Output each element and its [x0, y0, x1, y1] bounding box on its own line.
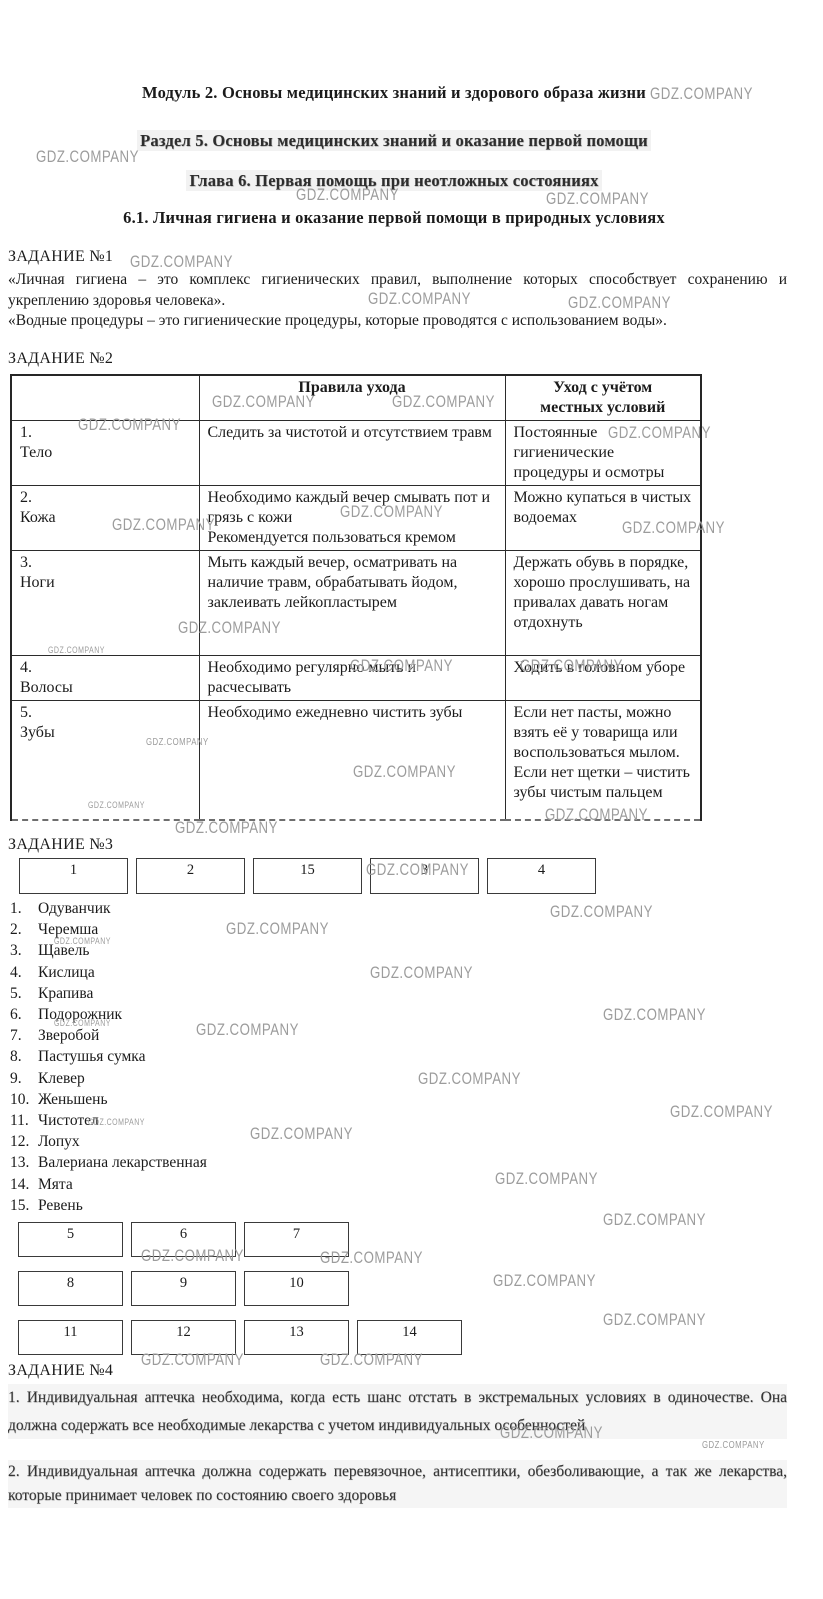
plant-name: Кислица [38, 962, 95, 983]
plant-name: Мята [38, 1174, 73, 1195]
plant-number: 9. [10, 1068, 38, 1089]
plant-list-item: 15.Ревень [10, 1195, 430, 1216]
gdz-watermark: GDZ.COMPANY [603, 1311, 706, 1328]
plant-number: 7. [10, 1025, 38, 1046]
answer-box: 8 [18, 1271, 123, 1306]
plant-list-item: 10.Женьшень [10, 1089, 430, 1110]
local-care-cell: Постоянные гигиенические процедуры и осм… [505, 421, 701, 486]
task2-title: ЗАДАНИЕ №2 [8, 350, 113, 368]
answer-boxes-top-row: 121534 [19, 858, 596, 894]
plant-number: 13. [10, 1152, 38, 1173]
section-heading-text: Раздел 5. Основы медицинских знаний и ок… [137, 130, 651, 151]
plant-number: 15. [10, 1195, 38, 1216]
plant-name: Щавель [38, 940, 89, 961]
local-care-cell: Ходить в головном уборе [505, 656, 701, 701]
table-header-cell: Правила ухода [199, 375, 505, 421]
answer-box: 13 [244, 1320, 349, 1355]
task4-item-1: 1. Индивидуальная аптечка необходима, ко… [8, 1384, 787, 1439]
care-rules-cell: Следить за чистотой и отсутствием травм [199, 421, 505, 486]
plant-number: 4. [10, 962, 38, 983]
plant-name: Валериана лекарственная [38, 1152, 207, 1173]
answer-box-row: 567 [18, 1222, 462, 1257]
gdz-watermark: GDZ.COMPANY [495, 1170, 598, 1187]
gdz-watermark: GDZ.COMPANY [130, 253, 233, 270]
plant-name: Зверобой [38, 1025, 99, 1046]
answer-box: 10 [244, 1271, 349, 1306]
plant-name: Ревень [38, 1195, 83, 1216]
local-care-cell: Можно купаться в чистых водоемах [505, 486, 701, 551]
plant-number: 2. [10, 919, 38, 940]
plant-list-item: 11.Чистотел [10, 1110, 430, 1131]
plant-list-item: 8.Пастушья сумка [10, 1046, 430, 1067]
chapter-heading-text: Глава 6. Первая помощь при неотложных со… [186, 170, 601, 191]
answer-box: 5 [18, 1222, 123, 1257]
gdz-watermark: GDZ.COMPANY [702, 1441, 765, 1451]
plant-name: Женьшень [38, 1089, 108, 1110]
plant-list-item: 7.Зверобой [10, 1025, 430, 1046]
answer-box: 3 [370, 858, 479, 894]
table-row: 3. НогиМыть каждый вечер, осматривать на… [11, 551, 701, 656]
local-care-cell: Держать обувь в порядке, хорошо прослуши… [505, 551, 701, 656]
chapter-heading: Глава 6. Первая помощь при неотложных со… [4, 171, 784, 191]
plant-name: Пастушья сумка [38, 1046, 146, 1067]
gdz-watermark: GDZ.COMPANY [603, 1006, 706, 1023]
table-header-row: Правила уходаУход с учётом местных услов… [11, 375, 701, 421]
plant-name: Подорожник [38, 1004, 122, 1025]
topic-heading: 6.1. Личная гигиена и оказание первой по… [4, 208, 784, 228]
plant-number: 11. [10, 1110, 38, 1131]
plant-list-item: 1.Одуванчик [10, 898, 430, 919]
plant-list-item: 3.Щавель [10, 940, 430, 961]
plant-number: 6. [10, 1004, 38, 1025]
plant-list-item: 14.Мята [10, 1174, 430, 1195]
plant-number: 3. [10, 940, 38, 961]
task1-paragraph-2: «Водные процедуры – это гигиенические пр… [8, 311, 787, 332]
answer-box: 1 [19, 858, 128, 894]
row-label-cell: 4. Волосы [11, 656, 199, 701]
gdz-watermark: GDZ.COMPANY [546, 190, 649, 207]
care-rules-cell: Необходимо ежедневно чистить зубы [199, 701, 505, 820]
task4-title: ЗАДАНИЕ №4 [8, 1362, 113, 1380]
plant-number: 14. [10, 1174, 38, 1195]
section-heading: Раздел 5. Основы медицинских знаний и ок… [4, 131, 784, 151]
plant-list-item: 9.Клевер [10, 1068, 430, 1089]
answer-box-row: 8910 [18, 1271, 462, 1306]
task1-title: ЗАДАНИЕ №1 [8, 248, 113, 266]
care-rules-cell: Необходимо каждый вечер смывать пот и гр… [199, 486, 505, 551]
care-rules-table: Правила уходаУход с учётом местных услов… [10, 374, 702, 821]
plant-list-item: 12.Лопух [10, 1131, 430, 1152]
plant-number: 5. [10, 983, 38, 1004]
plant-name: Клевер [38, 1068, 85, 1089]
plant-list: 1.Одуванчик2.Черемша3.Щавель4.Кислица5.К… [10, 898, 430, 1216]
plant-list-item: 2.Черемша [10, 919, 430, 940]
scanned-document-page: { "page": { "headings": { "module": "Мод… [0, 0, 823, 1599]
gdz-watermark: GDZ.COMPANY [418, 1070, 521, 1087]
table-header-cell: Уход с учётом местных условий [505, 375, 701, 421]
plant-number: 12. [10, 1131, 38, 1152]
answer-box: 11 [18, 1320, 123, 1355]
row-label-cell: 1. Тело [11, 421, 199, 486]
answer-box: 2 [136, 858, 245, 894]
module-heading: Модуль 2. Основы медицинских знаний и зд… [4, 83, 784, 103]
plant-number: 1. [10, 898, 38, 919]
answer-box-row: 11121314 [18, 1320, 462, 1355]
answer-box: 15 [253, 858, 362, 894]
plant-name: Чистотел [38, 1110, 99, 1131]
gdz-watermark: GDZ.COMPANY [670, 1103, 773, 1120]
plant-name: Лопух [38, 1131, 80, 1152]
answer-box: 9 [131, 1271, 236, 1306]
answer-box: 14 [357, 1320, 462, 1355]
plant-name: Крапива [38, 983, 93, 1004]
plant-list-item: 13.Валериана лекарственная [10, 1152, 430, 1173]
task1-paragraph-1: «Личная гигиена – это комплекс гигиениче… [8, 270, 787, 311]
gdz-watermark: GDZ.COMPANY [550, 903, 653, 920]
row-label-cell: 5. Зубы [11, 701, 199, 820]
plant-list-item: 5.Крапива [10, 983, 430, 1004]
answer-box: 7 [244, 1222, 349, 1257]
care-rules-cell: Мыть каждый вечер, осматривать на наличи… [199, 551, 505, 656]
answer-boxes-grid: 567891011121314 [18, 1222, 462, 1355]
plant-name: Одуванчик [38, 898, 111, 919]
table-row: 4. ВолосыНеобходимо регулярно мыть и рас… [11, 656, 701, 701]
gdz-watermark: GDZ.COMPANY [603, 1211, 706, 1228]
row-label-cell: 3. Ноги [11, 551, 199, 656]
care-rules-cell: Необходимо регулярно мыть и расчесывать [199, 656, 505, 701]
plant-list-item: 6.Подорожник [10, 1004, 430, 1025]
table-row: 5. ЗубыНеобходимо ежедневно чистить зубы… [11, 701, 701, 820]
table-header-cell [11, 375, 199, 421]
task4-item-2: 2. Индивидуальная аптечка должна содержа… [8, 1460, 787, 1508]
local-care-cell: Если нет пасты, можно взять её у товарищ… [505, 701, 701, 820]
table-row: 2. КожаНеобходимо каждый вечер смывать п… [11, 486, 701, 551]
answer-box: 4 [487, 858, 596, 894]
table-row: 1. ТелоСледить за чистотой и отсутствием… [11, 421, 701, 486]
row-label-cell: 2. Кожа [11, 486, 199, 551]
plant-number: 8. [10, 1046, 38, 1067]
gdz-watermark: GDZ.COMPANY [493, 1272, 596, 1289]
plant-list-item: 4.Кислица [10, 962, 430, 983]
answer-box: 12 [131, 1320, 236, 1355]
care-table-body: 1. ТелоСледить за чистотой и отсутствием… [11, 421, 701, 820]
plant-number: 10. [10, 1089, 38, 1110]
task3-title: ЗАДАНИЕ №3 [8, 836, 113, 854]
gdz-watermark: GDZ.COMPANY [175, 819, 278, 836]
care-table-head: Правила уходаУход с учётом местных услов… [11, 375, 701, 421]
answer-box: 6 [131, 1222, 236, 1257]
plant-name: Черемша [38, 919, 98, 940]
